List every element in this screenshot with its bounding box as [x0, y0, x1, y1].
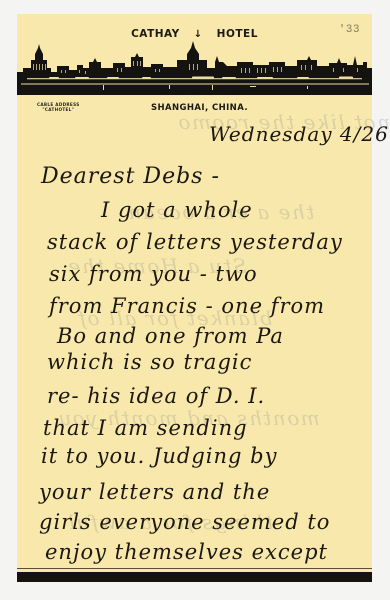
- letter-line: girls everyone seemed to: [39, 510, 330, 534]
- letter-line: enjoy themselves except: [45, 540, 328, 564]
- letter-line: from Francis - one from: [49, 294, 325, 318]
- hotel-city: SHANGHAI, CHINA.: [17, 103, 372, 113]
- letter-line: which is so tragic: [47, 350, 252, 374]
- letter-salutation: Dearest Debs -: [41, 164, 220, 189]
- bottom-rule: [17, 568, 372, 569]
- bottom-border-bar: [17, 572, 372, 582]
- letter-line: six from you - two: [49, 262, 258, 286]
- letter-line: Bo and one from Pa: [57, 324, 284, 348]
- shanghai-skyline-illustration: [17, 38, 372, 95]
- letter-line: I got a whole: [101, 198, 253, 222]
- letter-page: Pa at ao not like the roomo the a er a o…: [17, 14, 372, 582]
- letter-date: Wednesday 4/26: [209, 122, 389, 146]
- letter-line: re- his idea of D. I.: [47, 384, 265, 408]
- letter-line: your letters and the: [39, 480, 270, 504]
- letter-line: that I am sending: [43, 416, 248, 440]
- letter-line: it to you. Judging by: [41, 444, 277, 468]
- letter-line: stack of letters yesterday: [47, 230, 343, 254]
